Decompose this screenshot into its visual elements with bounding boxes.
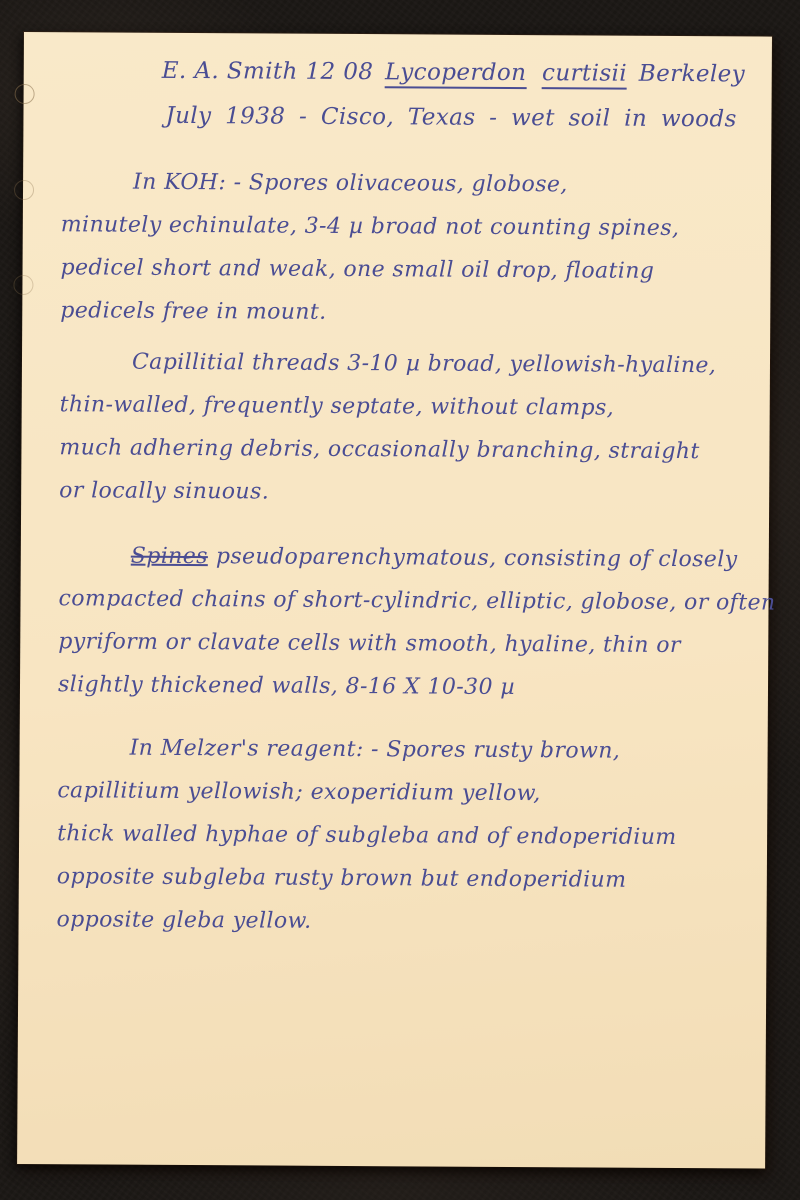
punch-hole-mark — [15, 84, 35, 104]
note-text-line: capillitium yellowish; exoperidium yello… — [57, 769, 751, 816]
note-text-line: In Melzer's reagent: - Spores rusty brow… — [129, 727, 751, 774]
note-text-line: In KOH: - Spores olivaceous, globose, — [133, 161, 755, 208]
species-name: curtisii — [542, 60, 627, 90]
specimen-note-card: E. A. Smith 12 08 Lycoperdon curtisii Be… — [17, 32, 772, 1169]
authority-name: Berkeley — [639, 61, 745, 88]
first-line-rest-text: pseudoparenchymatous, consisting of clos… — [216, 544, 738, 572]
note-text-line: pyriform or clavate cells with smooth, h… — [58, 620, 752, 667]
note-header: E. A. Smith 12 08 Lycoperdon curtisii Be… — [61, 48, 756, 142]
note-text-line: Spinespseudoparenchymatous, consisting o… — [131, 535, 753, 582]
note-text-line: opposite gleba yellow. — [56, 898, 750, 945]
punch-hole-mark — [13, 275, 33, 295]
punch-hole-mark — [14, 180, 34, 200]
note-text-line: Capillitial threads 3-10 µ broad, yellow… — [132, 341, 754, 388]
note-header-line-date-location: July 1938 - Cisco, Texas - wet soil in w… — [165, 94, 755, 143]
note-text-line: thin-walled, frequently septate, without… — [60, 383, 754, 430]
note-text-line: minutely echinulate, 3-4 µ broad not cou… — [61, 203, 755, 250]
note-text-line: pedicel short and weak, one small oil dr… — [60, 246, 754, 293]
collector-and-number: E. A. Smith 12 08 — [162, 58, 374, 85]
note-text-line: much adhering debris, occasionally branc… — [59, 426, 753, 473]
note-text-line: slightly thickened walls, 8-16 X 10-30 µ — [58, 663, 752, 710]
photo-background: E. A. Smith 12 08 Lycoperdon curtisii Be… — [0, 0, 800, 1200]
note-text-line: opposite subgleba rusty brown but endope… — [57, 855, 751, 902]
koh-paragraph: In KOH: - Spores olivaceous, globose, mi… — [60, 160, 755, 336]
note-text-line: pedicels free in mount. — [60, 289, 754, 336]
pseudoparenchyma-paragraph: Spinespseudoparenchymatous, consisting o… — [58, 534, 753, 710]
note-text-line: compacted chains of short-cylindric, ell… — [58, 577, 752, 624]
note-text-line: thick walled hyphae of subgleba and of e… — [57, 812, 751, 859]
date-location-text: July 1938 - Cisco, Texas - wet soil in w… — [165, 103, 736, 132]
melzers-paragraph: In Melzer's reagent: - Spores rusty brow… — [56, 726, 751, 945]
note-header-line-collector: E. A. Smith 12 08 Lycoperdon curtisii Be… — [162, 49, 756, 98]
capillitium-paragraph: Capillitial threads 3-10 µ broad, yellow… — [59, 340, 754, 516]
note-text-line: or locally sinuous. — [59, 469, 753, 516]
genus-name: Lycoperdon — [385, 59, 526, 89]
struck-out-word: Spines — [131, 544, 208, 569]
